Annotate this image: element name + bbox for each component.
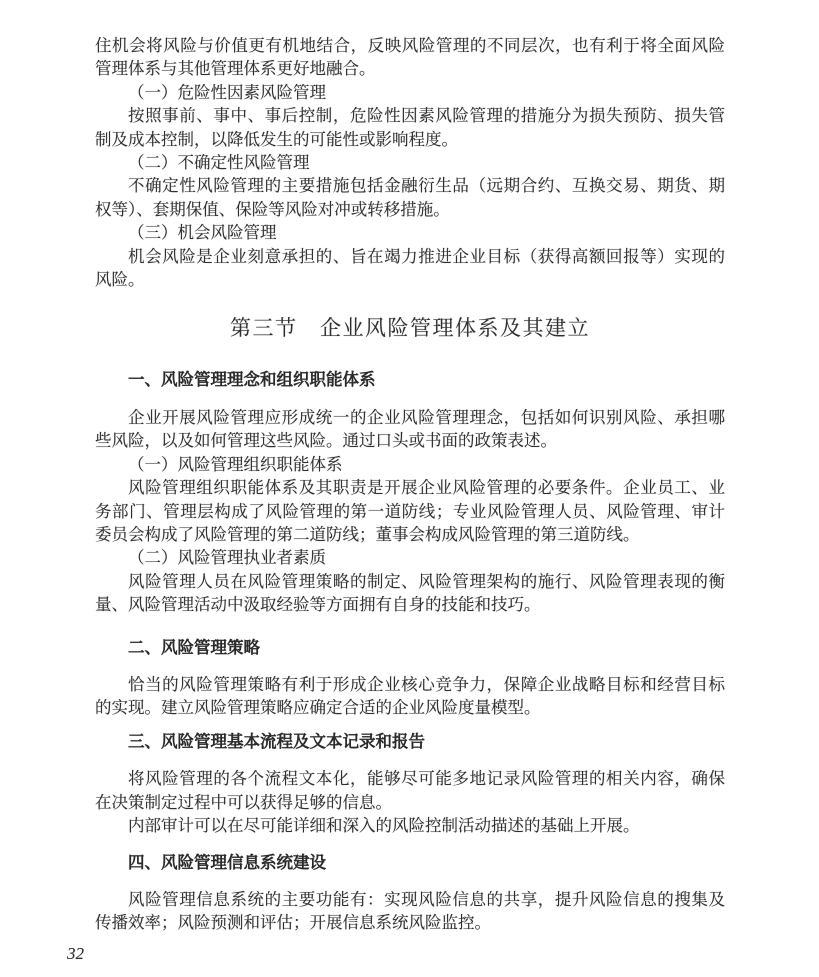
text-line: 风险管理信息系统的主要功能有：实现风险信息的共享，提升风险信息的搜集及 bbox=[95, 888, 725, 911]
text-line: 管理体系与其他管理体系更好地融合。 bbox=[95, 57, 725, 80]
text-line: 量、风险管理活动中汲取经验等方面拥有自身的技能和技巧。 bbox=[95, 593, 725, 616]
text-line: 些风险，以及如何管理这些风险。通过口头或书面的政策表述。 bbox=[95, 429, 725, 452]
paragraph: 按照事前、事中、事后控制，危险性因素风险管理的措施分为损失预防、损失管制及成本控… bbox=[95, 104, 725, 151]
numbered-heading: 四、风险管理信息系统建设 bbox=[95, 852, 725, 875]
text-line: 风险管理人员在风险管理策略的制定、风险管理架构的施行、风险管理表现的衡 bbox=[95, 570, 725, 593]
text-line: 恰当的风险管理策略有利于形成企业核心竞争力，保障企业战略目标和经营目标 bbox=[95, 673, 725, 696]
paragraph: 风险管理组织职能体系及其职责是开展企业风险管理的必要条件。企业员工、业务部门、管… bbox=[95, 476, 725, 546]
text-line: 传播效率；风险预测和评估；开展信息系统风险监控。 bbox=[95, 911, 725, 934]
text-line: 务部门、管理层构成了风险管理的第一道防线；专业风险管理人员、风险管理、审计 bbox=[95, 500, 725, 523]
text-line: 制及成本控制，以降低发生的可能性或影响程度。 bbox=[95, 128, 725, 151]
page-number: 32 bbox=[67, 944, 84, 964]
paragraph: 风险管理人员在风险管理策略的制定、风险管理架构的施行、风险管理表现的衡量、风险管… bbox=[95, 570, 725, 617]
section-title: 第三节 企业风险管理体系及其建立 bbox=[95, 313, 725, 343]
sub-heading: （一）危险性因素风险管理 bbox=[95, 81, 725, 104]
sub-heading: （一）风险管理组织职能体系 bbox=[95, 453, 725, 476]
text-line: 机会风险是企业刻意承担的、旨在竭力推进企业目标（获得高额回报等）实现的 bbox=[95, 245, 725, 268]
text-line: 在决策制定过程中可以获得足够的信息。 bbox=[95, 791, 725, 814]
numbered-heading: 二、风险管理策略 bbox=[95, 637, 725, 660]
paragraph: 恰当的风险管理策略有利于形成企业核心竞争力，保障企业战略目标和经营目标的实现。建… bbox=[95, 673, 725, 720]
sub-heading: （二）风险管理执业者素质 bbox=[95, 546, 725, 569]
document-page: 住机会将风险与价值更有机地结合，反映风险管理的不同层次，也有利于将全面风险管理体… bbox=[0, 0, 819, 977]
paragraph: 住机会将风险与价值更有机地结合，反映风险管理的不同层次，也有利于将全面风险管理体… bbox=[95, 34, 725, 81]
paragraph: 内部审计可以在尽可能详细和深入的风险控制活动描述的基础上开展。 bbox=[95, 814, 725, 837]
sub-heading: （二）不确定性风险管理 bbox=[95, 151, 725, 174]
paragraph: 不确定性风险管理的主要措施包括金融衍生品（远期合约、互换交易、期货、期权等）、套… bbox=[95, 174, 725, 221]
text-line: 风险管理组织职能体系及其职责是开展企业风险管理的必要条件。企业员工、业 bbox=[95, 476, 725, 499]
text-line: 的实现。建立风险管理策略应确定合适的企业风险度量模型。 bbox=[95, 696, 725, 719]
text-line: 内部审计可以在尽可能详细和深入的风险控制活动描述的基础上开展。 bbox=[95, 814, 725, 837]
text-line: 不确定性风险管理的主要措施包括金融衍生品（远期合约、互换交易、期货、期 bbox=[95, 174, 725, 197]
paragraph: 企业开展风险管理应形成统一的企业风险管理理念，包括如何识别风险、承担哪些风险，以… bbox=[95, 406, 725, 453]
document-content: 住机会将风险与价值更有机地结合，反映风险管理的不同层次，也有利于将全面风险管理体… bbox=[0, 0, 819, 935]
numbered-heading: 三、风险管理基本流程及文本记录和报告 bbox=[95, 731, 725, 754]
text-line: 按照事前、事中、事后控制，危险性因素风险管理的措施分为损失预防、损失管 bbox=[95, 104, 725, 127]
text-line: 权等）、套期保值、保险等风险对冲或转移措施。 bbox=[95, 198, 725, 221]
paragraph: 风险管理信息系统的主要功能有：实现风险信息的共享，提升风险信息的搜集及传播效率；… bbox=[95, 888, 725, 935]
text-line: 企业开展风险管理应形成统一的企业风险管理理念，包括如何识别风险、承担哪 bbox=[95, 406, 725, 429]
sub-heading: （三）机会风险管理 bbox=[95, 221, 725, 244]
text-line: 委员会构成了风险管理的第二道防线；董事会构成风险管理的第三道防线。 bbox=[95, 523, 725, 546]
text-line: 风险。 bbox=[95, 268, 725, 291]
text-line: 住机会将风险与价值更有机地结合，反映风险管理的不同层次，也有利于将全面风险 bbox=[95, 34, 725, 57]
text-line: 将风险管理的各个流程文本化，能够尽可能多地记录风险管理的相关内容，确保 bbox=[95, 767, 725, 790]
numbered-heading: 一、风险管理理念和组织职能体系 bbox=[95, 369, 725, 392]
paragraph: 机会风险是企业刻意承担的、旨在竭力推进企业目标（获得高额回报等）实现的风险。 bbox=[95, 245, 725, 292]
paragraph: 将风险管理的各个流程文本化，能够尽可能多地记录风险管理的相关内容，确保在决策制定… bbox=[95, 767, 725, 814]
